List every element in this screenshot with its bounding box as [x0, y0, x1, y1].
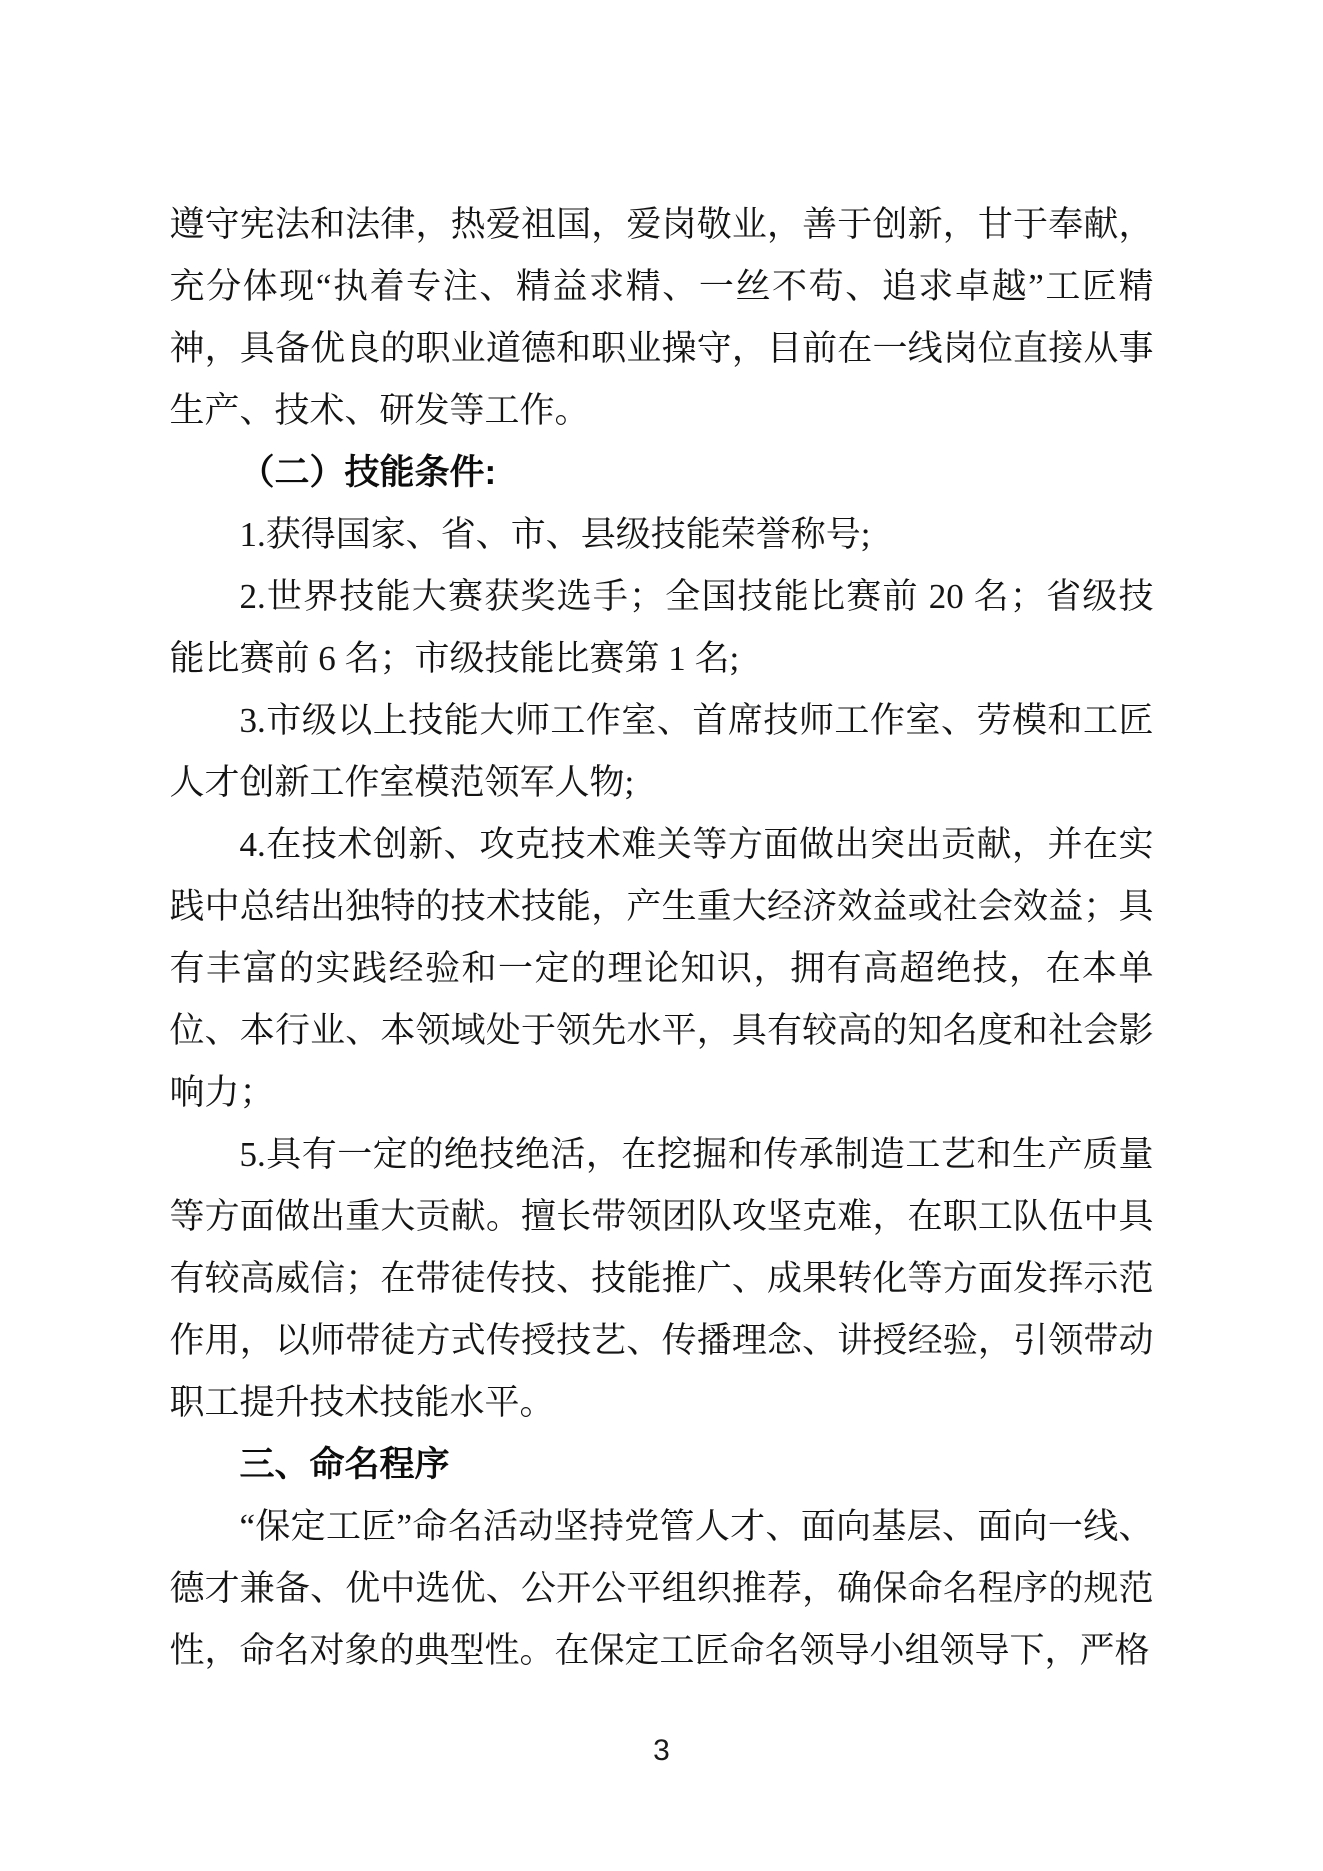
document-body: 遵守宪法和法律，热爱祖国，爱岗敬业，善于创新，甘于奉献，充分体现“执着专注、精益…: [170, 0, 1154, 1682]
list-item-2-competition-winners: 2.世界技能大赛获奖选手；全国技能比赛前 20 名；省级技能比赛前 6 名；市级…: [170, 566, 1154, 690]
document-page: { "document": { "page_number": "3", "par…: [0, 0, 1323, 1871]
paragraph-naming-procedure-intro: “保定工匠”命名活动坚持党管人才、面向基层、面向一线、德才兼备、优中选优、公开公…: [170, 1496, 1154, 1682]
list-item-5-unique-skills: 5.具有一定的绝技绝活，在挖掘和传承制造工艺和生产质量等方面做出重大贡献。擅长带…: [170, 1124, 1154, 1434]
section-heading-skill-conditions: （二）技能条件:: [170, 442, 1154, 504]
section-heading-naming-procedure: 三、命名程序: [170, 1434, 1154, 1496]
paragraph-basic-conditions-continuation: 遵守宪法和法律，热爱祖国，爱岗敬业，善于创新，甘于奉献，充分体现“执着专注、精益…: [170, 194, 1154, 442]
list-item-3-master-studios: 3.市级以上技能大师工作室、首席技师工作室、劳模和工匠人才创新工作室模范领军人物…: [170, 690, 1154, 814]
page-number: 3: [0, 1733, 1323, 1769]
list-item-4-technical-innovation: 4.在技术创新、攻克技术难关等方面做出突出贡献，并在实践中总结出独特的技术技能，…: [170, 814, 1154, 1124]
list-item-1-honor-titles: 1.获得国家、省、市、县级技能荣誉称号;: [170, 504, 1154, 566]
